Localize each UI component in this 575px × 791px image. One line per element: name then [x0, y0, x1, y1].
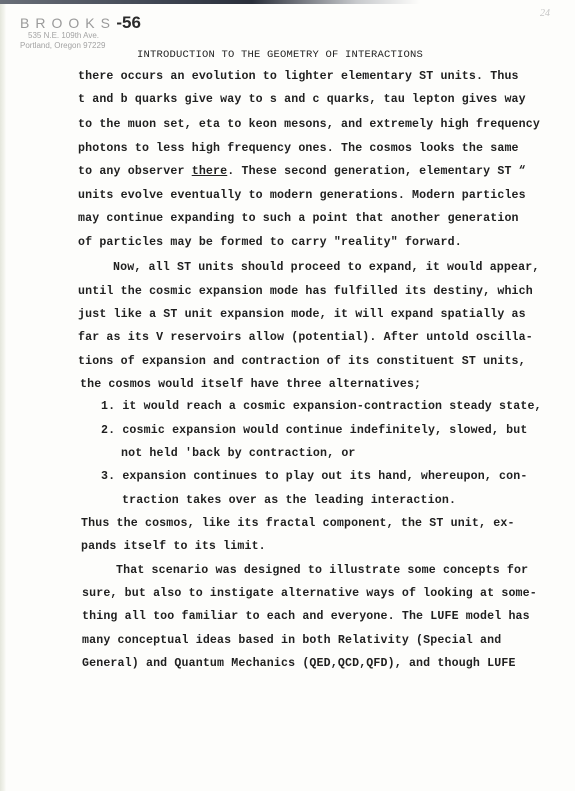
text-line: sure, but also to instigate alternative …	[82, 587, 537, 600]
list-item: 2. cosmic expansion would continue indef…	[101, 424, 527, 437]
scan-edge-shadow	[0, 0, 420, 4]
text-line: may continue expanding to such a point t…	[78, 212, 519, 225]
text-line: pands itself to its limit.	[81, 540, 266, 553]
text-line: until the cosmic expansion mode has fulf…	[78, 285, 533, 298]
stamp-address-line2: Portland, Oregon 97229	[20, 41, 141, 51]
text-line: there occurs an evolution to lighter ele…	[78, 70, 519, 83]
text-line: the cosmos would itself have three alter…	[80, 378, 421, 391]
text-line: tions of expansion and contraction of it…	[78, 355, 526, 368]
list-item: 1. it would reach a cosmic expansion-con…	[101, 400, 542, 413]
list-item-continuation: not held 'back by contraction, or	[121, 447, 356, 460]
text-line: photons to less high frequency ones. The…	[78, 142, 519, 155]
underlined-word: there	[192, 165, 228, 178]
text-line: far as its V reservoirs allow (potential…	[78, 331, 533, 344]
paragraph-start-line: That scenario was designed to illustrate…	[116, 564, 528, 577]
text-line: to any observer there. These second gene…	[78, 165, 526, 178]
text-fragment: . These second generation, elementary ST…	[227, 165, 526, 178]
text-line: thing all too familiar to each and every…	[82, 610, 530, 623]
text-line: many conceptual ideas based in both Rela…	[82, 634, 501, 647]
list-item: 3. expansion continues to play out its h…	[101, 470, 527, 483]
page-number-mark: 24	[540, 8, 550, 19]
list-item-continuation: traction takes over as the leading inter…	[122, 494, 456, 507]
scan-edge-left	[0, 4, 6, 791]
text-line: t and b quarks give way to s and c quark…	[78, 93, 526, 106]
author-stamp: BROOKS -56 535 N.E. 109th Ave. Portland,…	[20, 13, 141, 51]
document-title: INTRODUCTION TO THE GEOMETRY OF INTERACT…	[137, 49, 423, 61]
text-line: Thus the cosmos, like its fractal compon…	[81, 517, 515, 530]
text-line: just like a ST unit expansion mode, it w…	[78, 308, 526, 321]
text-line: units evolve eventually to modern genera…	[78, 189, 526, 202]
text-line: General) and Quantum Mechanics (QED,QCD,…	[82, 657, 516, 670]
page-sequence-number: -56	[116, 13, 141, 32]
text-line: of particles may be formed to carry "rea…	[78, 236, 462, 249]
text-fragment: to any observer	[78, 165, 192, 178]
stamp-name: BROOKS	[20, 15, 116, 31]
text-line: to the muon set, eta to keon mesons, and…	[78, 118, 540, 131]
paragraph-start-line: Now, all ST units should proceed to expa…	[113, 261, 539, 274]
